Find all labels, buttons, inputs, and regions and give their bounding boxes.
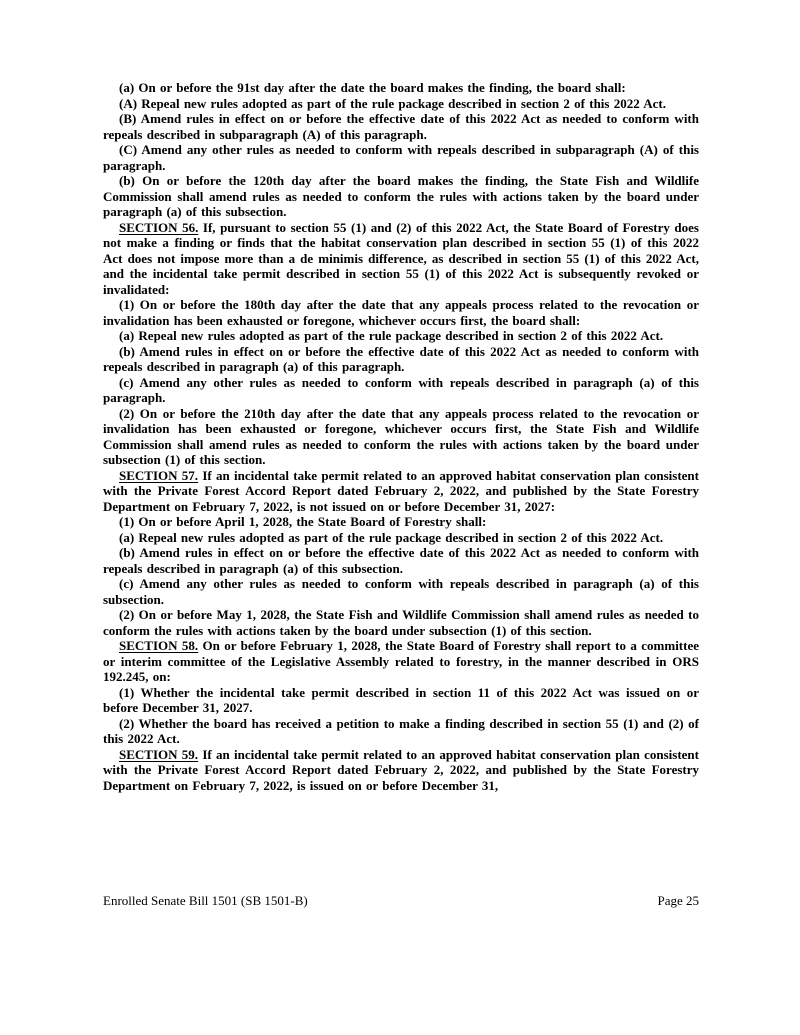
- paragraph-text: (b) On or before the 120th day after the…: [103, 173, 699, 219]
- bill-paragraph: (a) Repeal new rules adopted as part of …: [103, 328, 699, 344]
- bill-text: (a) On or before the 91st day after the …: [103, 80, 699, 793]
- footer-page-number: Page 25: [657, 893, 699, 909]
- bill-paragraph: (c) Amend any other rules as needed to c…: [103, 576, 699, 607]
- paragraph-text: (c) Amend any other rules as needed to c…: [103, 375, 699, 406]
- document-page: (a) On or before the 91st day after the …: [0, 0, 800, 1035]
- paragraph-text: (c) Amend any other rules as needed to c…: [103, 576, 699, 607]
- paragraph-text: (a) Repeal new rules adopted as part of …: [119, 328, 663, 343]
- paragraph-text: (2) On or before the 210th day after the…: [103, 406, 699, 468]
- bill-paragraph: (b) Amend rules in effect on or before t…: [103, 545, 699, 576]
- paragraph-text: (2) On or before May 1, 2028, the State …: [103, 607, 699, 638]
- bill-paragraph: SECTION 57. If an incidental take permit…: [103, 468, 699, 515]
- paragraph-text: (b) Amend rules in effect on or before t…: [103, 545, 699, 576]
- bill-paragraph: (B) Amend rules in effect on or before t…: [103, 111, 699, 142]
- bill-paragraph: (2) On or before the 210th day after the…: [103, 406, 699, 468]
- paragraph-text: (B) Amend rules in effect on or before t…: [103, 111, 699, 142]
- section-label: SECTION 59.: [119, 747, 198, 762]
- bill-paragraph: SECTION 56. If, pursuant to section 55 (…: [103, 220, 699, 298]
- bill-paragraph: (C) Amend any other rules as needed to c…: [103, 142, 699, 173]
- section-label: SECTION 57.: [119, 468, 198, 483]
- bill-paragraph: (a) Repeal new rules adopted as part of …: [103, 530, 699, 546]
- section-label: SECTION 56.: [119, 220, 198, 235]
- bill-paragraph: (1) On or before the 180th day after the…: [103, 297, 699, 328]
- paragraph-text: (a) On or before the 91st day after the …: [119, 80, 626, 95]
- paragraph-text: (2) Whether the board has received a pet…: [103, 716, 699, 747]
- section-label: SECTION 58.: [119, 638, 198, 653]
- paragraph-text: (1) On or before the 180th day after the…: [103, 297, 699, 328]
- paragraph-text: (A) Repeal new rules adopted as part of …: [119, 96, 666, 111]
- bill-paragraph: SECTION 58. On or before February 1, 202…: [103, 638, 699, 685]
- bill-paragraph: (2) Whether the board has received a pet…: [103, 716, 699, 747]
- bill-paragraph: (b) On or before the 120th day after the…: [103, 173, 699, 220]
- paragraph-text: (b) Amend rules in effect on or before t…: [103, 344, 699, 375]
- page-footer: Enrolled Senate Bill 1501 (SB 1501-B) Pa…: [103, 893, 699, 909]
- paragraph-text: (C) Amend any other rules as needed to c…: [103, 142, 699, 173]
- paragraph-text: (a) Repeal new rules adopted as part of …: [119, 530, 663, 545]
- paragraph-text: (1) Whether the incidental take permit d…: [103, 685, 699, 716]
- footer-bill-title: Enrolled Senate Bill 1501 (SB 1501-B): [103, 893, 308, 909]
- bill-paragraph: (2) On or before May 1, 2028, the State …: [103, 607, 699, 638]
- bill-paragraph: (1) On or before April 1, 2028, the Stat…: [103, 514, 699, 530]
- bill-paragraph: (a) On or before the 91st day after the …: [103, 80, 699, 96]
- bill-paragraph: (b) Amend rules in effect on or before t…: [103, 344, 699, 375]
- bill-paragraph: (c) Amend any other rules as needed to c…: [103, 375, 699, 406]
- bill-paragraph: (A) Repeal new rules adopted as part of …: [103, 96, 699, 112]
- bill-paragraph: SECTION 59. If an incidental take permit…: [103, 747, 699, 794]
- bill-paragraph: (1) Whether the incidental take permit d…: [103, 685, 699, 716]
- paragraph-text: (1) On or before April 1, 2028, the Stat…: [119, 514, 486, 529]
